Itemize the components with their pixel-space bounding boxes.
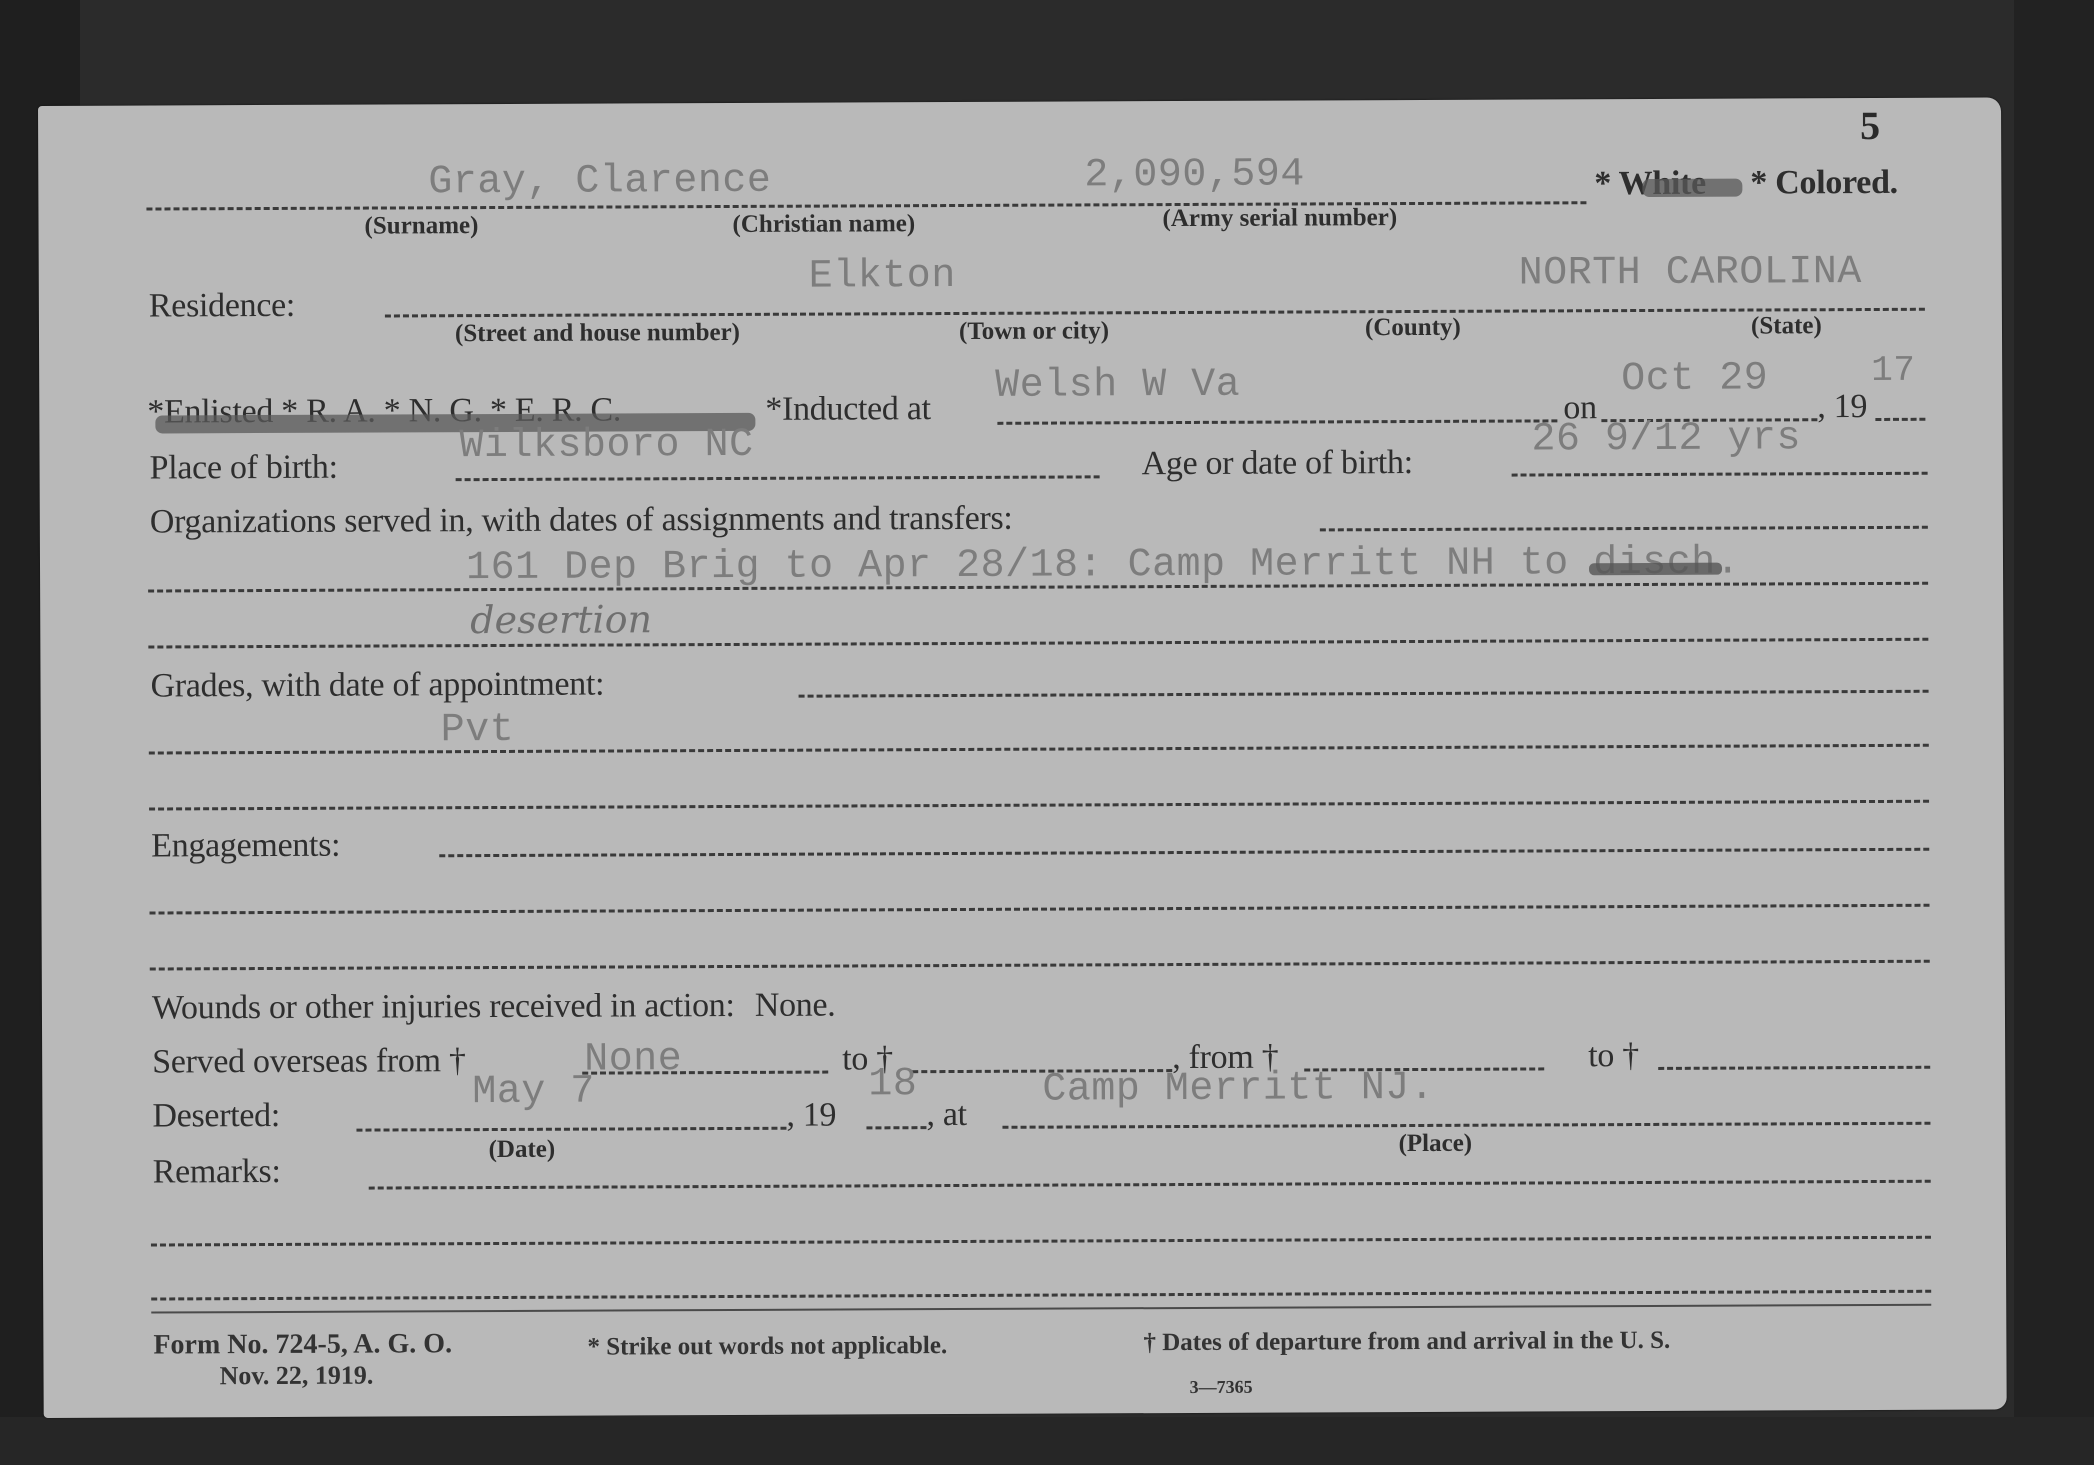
- scan-background-bottom: [0, 1417, 2094, 1465]
- wounds-value: None.: [755, 987, 836, 1024]
- typed-name: Gray, Clarence: [428, 159, 771, 205]
- typed-deserted-date: May 7: [472, 1070, 595, 1116]
- typed-town: Elkton: [809, 254, 956, 300]
- caption-state: (State): [1751, 312, 1822, 340]
- grades-line-2: [149, 800, 1929, 811]
- page-number: 5: [1860, 102, 1880, 149]
- grades-line-0: [799, 690, 1929, 698]
- form-date: Nov. 22, 1919.: [219, 1361, 373, 1392]
- caption-county: (County): [1365, 314, 1461, 342]
- overseas-from-label: Served overseas from †: [152, 1042, 466, 1081]
- typed-induction-place: Welsh W Va: [995, 363, 1240, 409]
- form-number: Form No. 724-5, A. G. O.: [153, 1328, 452, 1361]
- typed-deserted-place: Camp Merritt NJ.: [1042, 1066, 1434, 1113]
- typed-induction-year: 17: [1871, 350, 1915, 391]
- caption-christian-name: (Christian name): [732, 210, 915, 239]
- deserted-at-label: , at: [926, 1096, 967, 1134]
- remarks-line-2: [151, 1290, 1931, 1301]
- organizations-line-0: [1320, 526, 1928, 532]
- age-line: [1512, 472, 1928, 477]
- engagements-line-0: [439, 848, 1929, 858]
- overseas-to2-label: to †: [1588, 1037, 1639, 1075]
- race-option-colored: * Colored.: [1750, 164, 1898, 203]
- deserted-date-line: [356, 1127, 786, 1132]
- wounds-label: Wounds or other injuries received in act…: [152, 987, 836, 1028]
- overseas-to2-line: [1658, 1066, 1930, 1070]
- engagements-label: Engagements:: [151, 827, 340, 866]
- deserted-label: Deserted:: [152, 1097, 280, 1136]
- grades-label: Grades, with date of appointment:: [150, 666, 604, 706]
- caption-town: (Town or city): [959, 317, 1109, 346]
- typed-overseas-from: None: [584, 1037, 682, 1082]
- struck-discharge-text: disch.: [1593, 541, 1740, 587]
- handwritten-desertion: desertion: [470, 597, 652, 642]
- typed-age: 26 9/12 yrs: [1531, 416, 1801, 462]
- service-record-card: 5 Gray, Clarence 2,090,594 * White * Col…: [38, 97, 2007, 1418]
- induction-place-line: [997, 419, 1557, 424]
- residence-label: Residence:: [149, 287, 295, 326]
- inducted-at-label: *Inducted at: [765, 390, 931, 429]
- place-of-birth-label: Place of birth:: [149, 449, 337, 488]
- print-code: 3—7365: [1190, 1377, 1253, 1398]
- remarks-line-1: [151, 1236, 1931, 1247]
- caption-army-serial: (Army serial number): [1162, 204, 1397, 233]
- scan-background-right: [2014, 0, 2094, 1465]
- engagements-line-2: [150, 960, 1930, 971]
- organizations-line-2: [148, 638, 1928, 649]
- strike-out-note: * Strike out words not applicable.: [587, 1332, 947, 1362]
- deserted-year-prefix: , 19: [786, 1097, 836, 1135]
- caption-surname: (Surname): [364, 212, 478, 240]
- deserted-year-line: [866, 1126, 926, 1129]
- wounds-label-text: Wounds or other injuries received in act…: [152, 987, 735, 1027]
- remarks-line-0: [369, 1180, 1931, 1190]
- strike-out-discharge: [1589, 563, 1722, 576]
- remarks-label: Remarks:: [153, 1153, 281, 1192]
- typed-deserted-year: 18: [868, 1062, 917, 1107]
- organizations-label: Organizations served in, with dates of a…: [150, 500, 1013, 542]
- dates-note: † Dates of departure from and arrival in…: [1143, 1327, 1670, 1357]
- typed-grade: Pvt: [441, 708, 515, 753]
- typed-place-of-birth: Wilksboro NC: [459, 423, 753, 469]
- overseas-from-line: [582, 1071, 828, 1075]
- footer-divider: [151, 1304, 1931, 1314]
- place-of-birth-line: [456, 475, 1100, 481]
- strike-out-white: [1642, 179, 1742, 197]
- deserted-place-line: [1002, 1122, 1930, 1129]
- caption-place: (Place): [1398, 1130, 1472, 1158]
- engagements-line-1: [150, 904, 1930, 915]
- caption-street: (Street and house number): [455, 319, 740, 348]
- typed-serial-number: 2,090,594: [1084, 152, 1305, 198]
- caption-date: (Date): [488, 1136, 555, 1164]
- year-prefix-label: , 19: [1817, 388, 1867, 426]
- age-label: Age or date of birth:: [1141, 444, 1412, 483]
- induction-year-line: [1875, 418, 1925, 421]
- typed-state: NORTH CAROLINA: [1519, 250, 1862, 296]
- grades-line-1: [149, 744, 1929, 755]
- residence-line: [385, 308, 1925, 318]
- typed-induction-date: Oct 29: [1621, 356, 1768, 402]
